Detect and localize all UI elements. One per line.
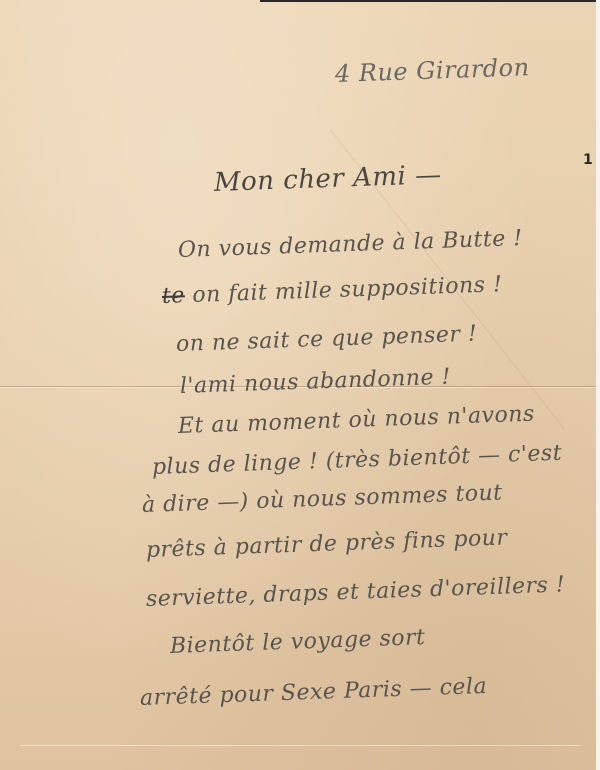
letter-address: 4 Rue Girardon	[335, 53, 530, 88]
letter-line: On vous demande à la Butte !	[178, 226, 523, 263]
page-number-mark: 1	[583, 152, 593, 168]
letter-line: prêts à partir de près fins pour	[146, 525, 508, 563]
scan-background-strip	[596, 0, 600, 770]
letter-line: te on fait mille suppositions !	[162, 272, 503, 309]
letter-page: 4 Rue Girardon 1 Mon cher Ami — On vous …	[0, 0, 596, 770]
bottom-crease	[20, 745, 580, 746]
letter-line: on ne sait ce que penser !	[176, 321, 478, 357]
letter-line: Et au moment où nous n'avons	[178, 402, 536, 439]
letter-salutation: Mon cher Ami —	[213, 160, 442, 198]
struck-out-word: te	[162, 283, 186, 309]
letter-line: plus de linge ! (très bientôt — c'est	[152, 441, 563, 480]
letter-line: serviette, draps et taies d'oreillers !	[146, 572, 566, 612]
letter-line: Bientôt le voyage sort	[170, 625, 426, 659]
scanner-top-edge	[260, 0, 600, 2]
letter-line: à dire —) où nous sommes tout	[142, 480, 503, 518]
letter-line: arrêté pour Sexe Paris — cela	[140, 674, 488, 711]
letter-line: l'ami nous abandonne !	[180, 365, 452, 399]
